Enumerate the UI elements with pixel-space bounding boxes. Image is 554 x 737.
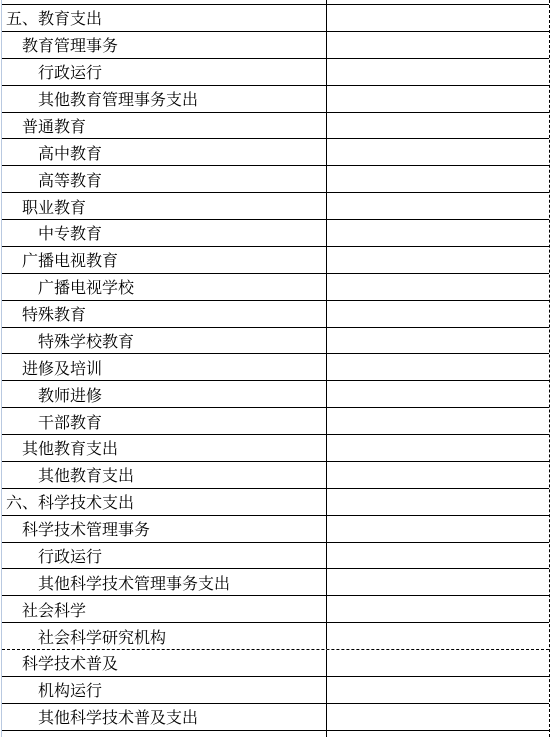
row-label-cell[interactable]: 六、科学技术支出	[2, 489, 327, 515]
row-label-cell[interactable]: 科学技术普及	[2, 650, 327, 676]
row-value-cell[interactable]	[327, 139, 549, 165]
row-label-cell[interactable]: 社会科学	[2, 596, 327, 622]
budget-table-body: 五、教育支出教育管理事务行政运行其他教育管理事务支出普通教育高中教育高等教育职业…	[2, 5, 549, 731]
row-label-cell[interactable]: 其他教育支出	[2, 435, 327, 461]
table-row: 干部教育	[2, 408, 549, 435]
page-break-line-vertical	[549, 0, 550, 737]
row-value-cell[interactable]	[327, 596, 549, 622]
row-label-cell[interactable]: 特殊学校教育	[2, 328, 327, 354]
table-row: 广播电视学校	[2, 274, 549, 301]
row-value-cell[interactable]	[327, 543, 549, 569]
spreadsheet-budget-table: 五、教育支出教育管理事务行政运行其他教育管理事务支出普通教育高中教育高等教育职业…	[0, 0, 554, 737]
row-value-cell[interactable]	[327, 462, 549, 488]
row-label-cell[interactable]: 其他科学技术管理事务支出	[2, 569, 327, 595]
row-value-cell[interactable]	[327, 623, 549, 649]
table-row: 进修及培训	[2, 354, 549, 381]
row-label-cell[interactable]: 教育管理事务	[2, 32, 327, 58]
row-value-cell[interactable]	[327, 704, 549, 730]
row-value-cell[interactable]	[327, 435, 549, 461]
table-row: 职业教育	[2, 193, 549, 220]
table-row: 其他科学技术管理事务支出	[2, 569, 549, 596]
table-row: 其他教育支出	[2, 435, 549, 462]
table-row: 其他教育管理事务支出	[2, 86, 549, 113]
row-value-cell[interactable]	[327, 59, 549, 85]
row-value-cell[interactable]	[327, 354, 549, 380]
table-row: 行政运行	[2, 543, 549, 570]
row-label-cell[interactable]: 职业教育	[2, 193, 327, 219]
row-label-cell[interactable]: 教师进修	[2, 381, 327, 407]
row-value-cell[interactable]	[327, 677, 549, 703]
row-value-cell[interactable]	[327, 274, 549, 300]
row-label-cell[interactable]: 科学技术管理事务	[2, 516, 327, 542]
row-label-cell[interactable]: 中专教育	[2, 220, 327, 246]
table-row: 科学技术普及	[2, 650, 549, 677]
table-row: 教师进修	[2, 381, 549, 408]
row-value-cell[interactable]	[327, 193, 549, 219]
row-label-cell[interactable]: 其他教育管理事务支出	[2, 86, 327, 112]
row-value-cell[interactable]	[327, 166, 549, 192]
table-row: 社会科学研究机构	[2, 623, 549, 650]
table-row: 特殊学校教育	[2, 328, 549, 355]
row-label-cell[interactable]: 高中教育	[2, 139, 327, 165]
table-row: 机构运行	[2, 677, 549, 704]
table-row: 六、科学技术支出	[2, 489, 549, 516]
budget-table: 五、教育支出教育管理事务行政运行其他教育管理事务支出普通教育高中教育高等教育职业…	[2, 0, 549, 737]
row-label-cell[interactable]: 五、教育支出	[2, 5, 327, 31]
row-value-cell[interactable]	[327, 5, 549, 31]
row-label-cell[interactable]: 行政运行	[2, 59, 327, 85]
row-label-cell[interactable]: 社会科学研究机构	[2, 623, 327, 649]
table-row: 科学技术管理事务	[2, 516, 549, 543]
table-row: 高等教育	[2, 166, 549, 193]
row-label-cell[interactable]: 进修及培训	[2, 354, 327, 380]
table-row: 特殊教育	[2, 301, 549, 328]
table-row: 广播电视教育	[2, 247, 549, 274]
row-value-cell[interactable]	[327, 650, 549, 676]
row-label-cell[interactable]	[2, 731, 327, 737]
row-label-cell[interactable]: 特殊教育	[2, 301, 327, 327]
table-row: 五、教育支出	[2, 5, 549, 32]
row-value-cell[interactable]	[327, 569, 549, 595]
table-row: 中专教育	[2, 220, 549, 247]
row-value-cell[interactable]	[327, 381, 549, 407]
row-value-cell[interactable]	[327, 32, 549, 58]
row-value-cell[interactable]	[327, 301, 549, 327]
row-value-cell[interactable]	[327, 86, 549, 112]
row-value-cell[interactable]	[327, 408, 549, 434]
row-label-cell[interactable]: 其他教育支出	[2, 462, 327, 488]
table-row: 教育管理事务	[2, 32, 549, 59]
row-value-cell[interactable]	[327, 220, 549, 246]
table-row: 高中教育	[2, 139, 549, 166]
row-value-cell[interactable]	[327, 731, 549, 737]
row-value-cell[interactable]	[327, 247, 549, 273]
row-value-cell[interactable]	[327, 516, 549, 542]
table-row: 其他科学技术普及支出	[2, 704, 549, 731]
row-label-cell[interactable]: 行政运行	[2, 543, 327, 569]
row-label-cell[interactable]: 机构运行	[2, 677, 327, 703]
row-label-cell[interactable]: 广播电视教育	[2, 247, 327, 273]
table-row: 社会科学	[2, 596, 549, 623]
row-value-cell[interactable]	[327, 328, 549, 354]
row-value-cell[interactable]	[327, 113, 549, 139]
partial-row-bottom	[2, 731, 549, 737]
row-value-cell[interactable]	[327, 0, 549, 4]
table-row: 行政运行	[2, 59, 549, 86]
row-label-cell[interactable]: 干部教育	[2, 408, 327, 434]
row-label-cell[interactable]	[2, 0, 327, 4]
row-label-cell[interactable]: 广播电视学校	[2, 274, 327, 300]
row-label-cell[interactable]: 高等教育	[2, 166, 327, 192]
table-row: 普通教育	[2, 113, 549, 140]
row-label-cell[interactable]: 普通教育	[2, 113, 327, 139]
table-row: 其他教育支出	[2, 462, 549, 489]
row-label-cell[interactable]: 其他科学技术普及支出	[2, 704, 327, 730]
row-value-cell[interactable]	[327, 489, 549, 515]
